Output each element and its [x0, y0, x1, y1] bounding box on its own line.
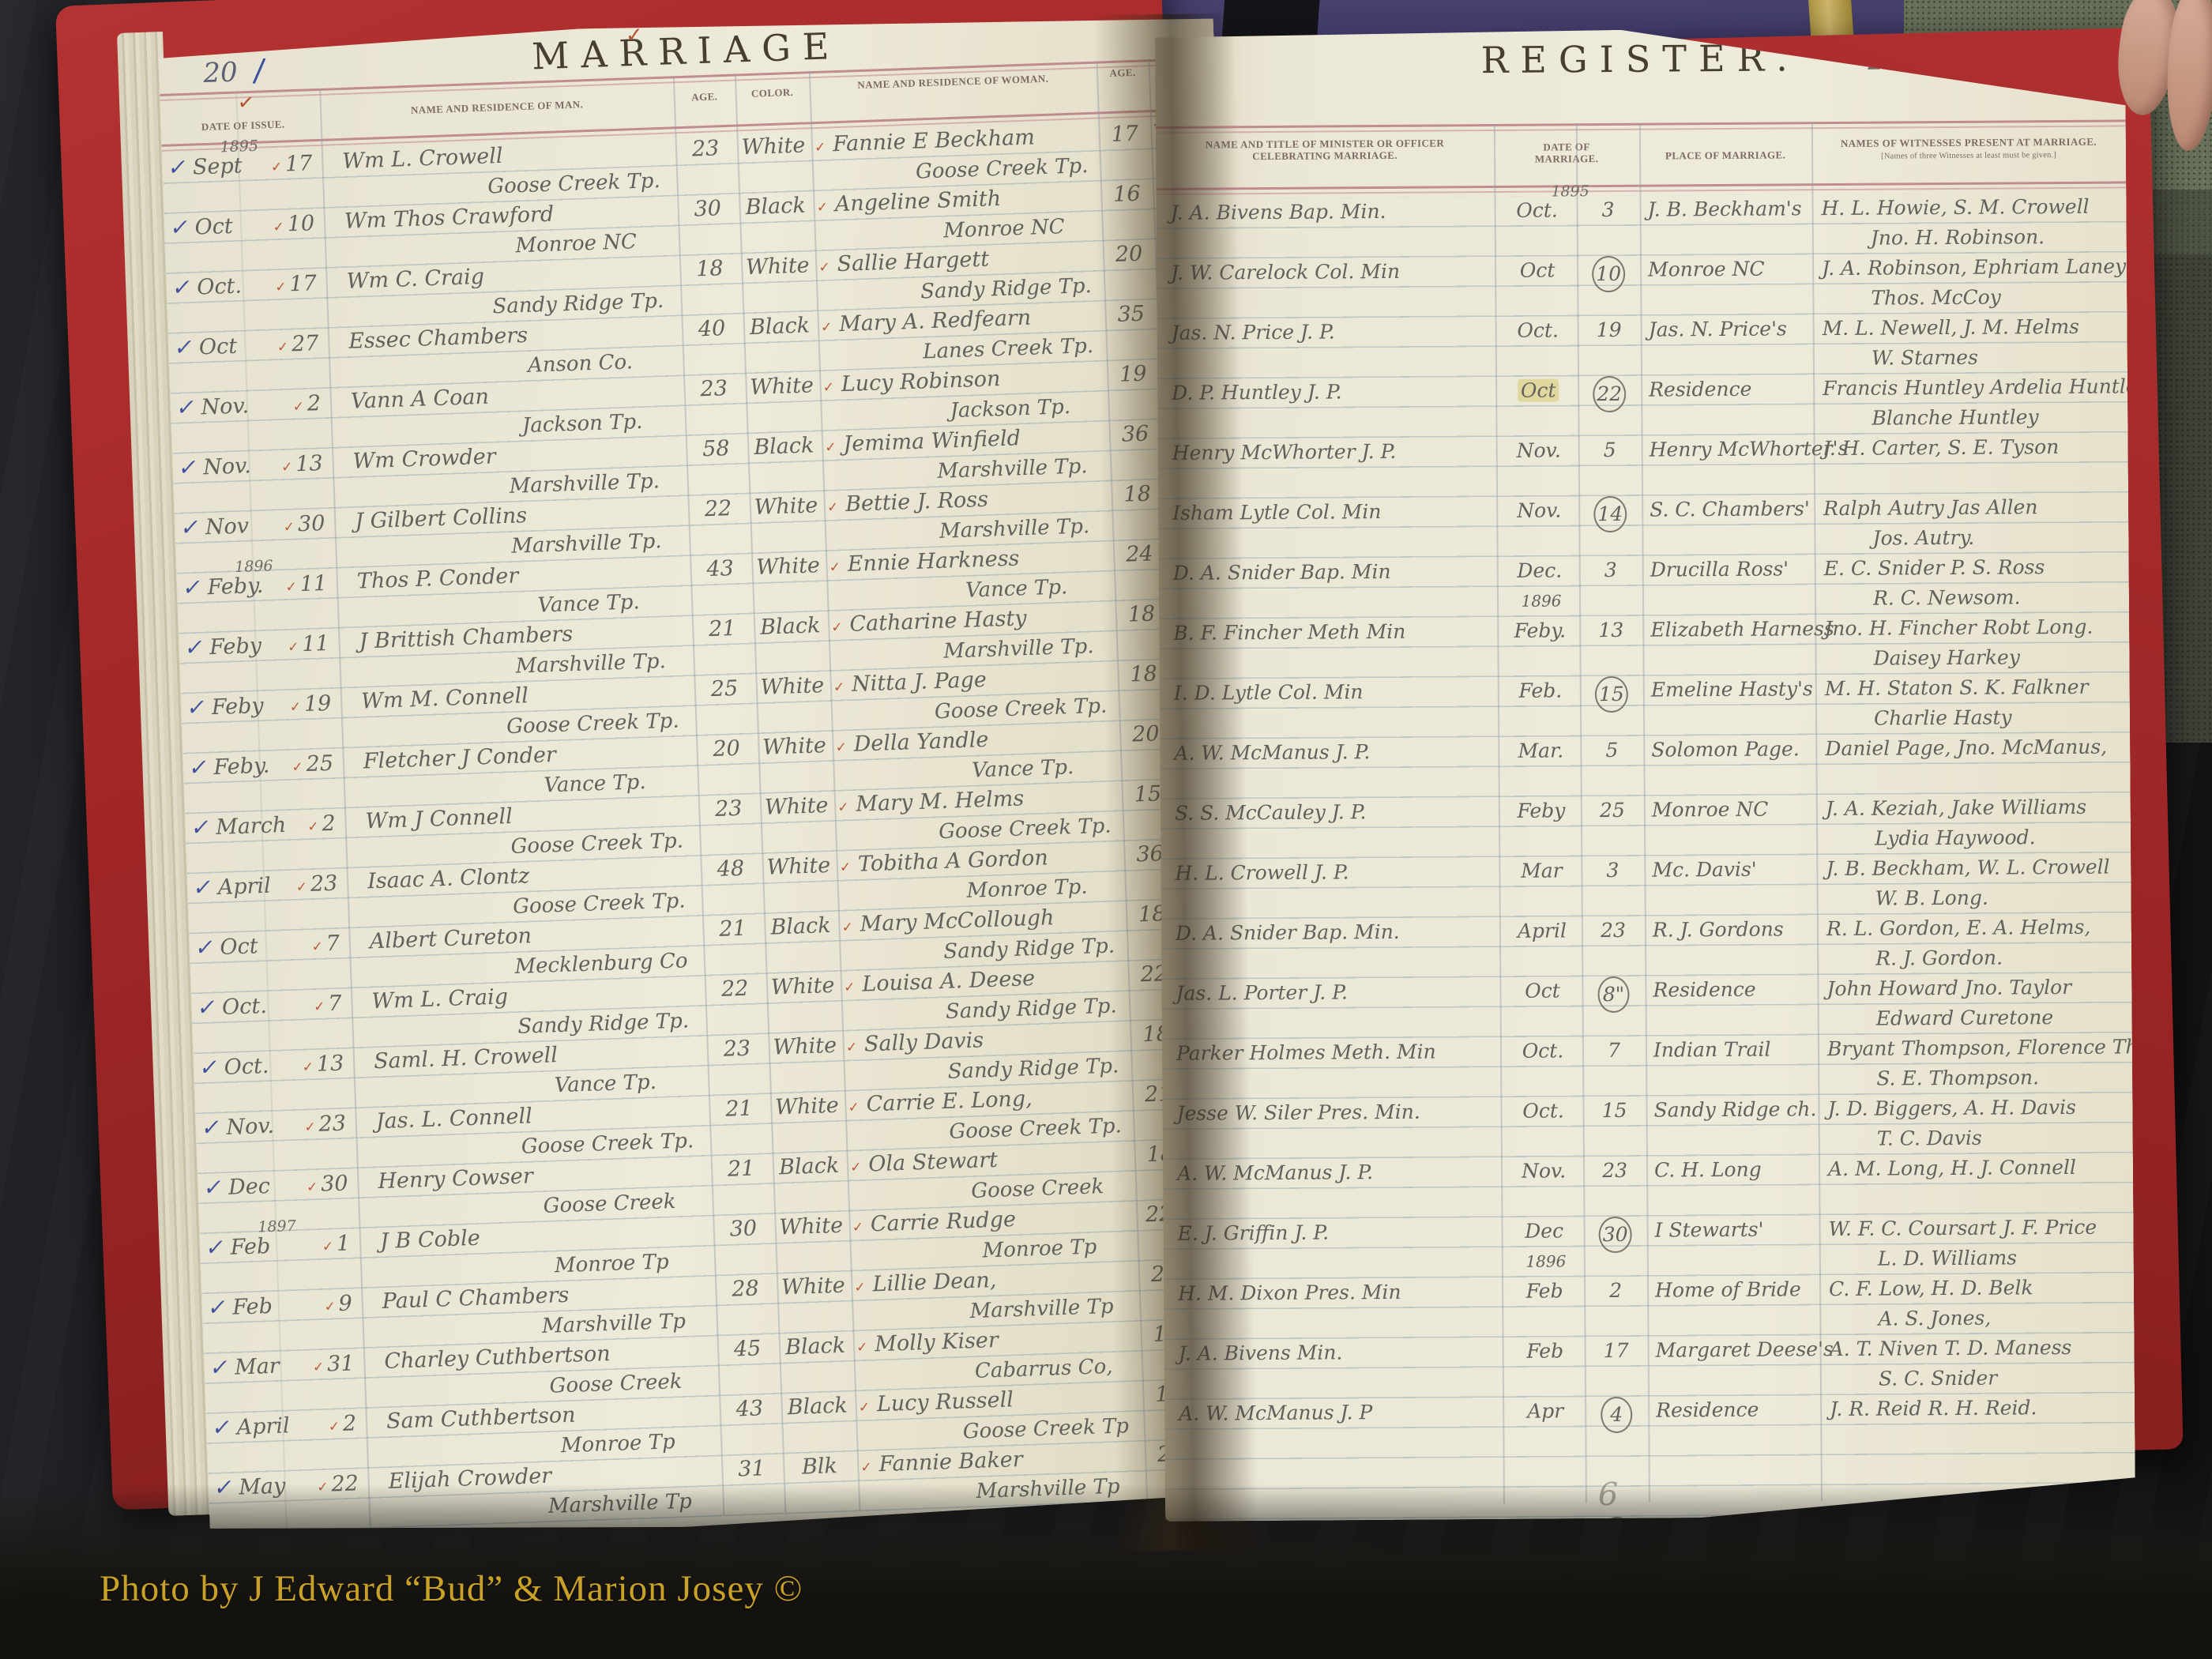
woman-name: Carrie E. Long, [866, 1085, 1033, 1119]
marriage-month: Mar. [1518, 739, 1563, 762]
check-icon: ✓ [194, 933, 217, 962]
check-icon: ✓ [171, 273, 194, 303]
issue-month: Feby. [207, 572, 264, 602]
tick-icon: ✓ [312, 1353, 324, 1382]
witnesses-line2: Edward Curetone [1876, 1003, 2176, 1033]
man-age: 21 [694, 614, 751, 644]
tick-icon: ✓ [848, 1093, 860, 1122]
tick-icon: ✓ [328, 1413, 340, 1441]
right-page: 20 REGISTER. NAME AND TITLE OF MINISTER … [1155, 26, 2135, 1522]
tick-icon: ✓ [845, 1033, 857, 1062]
place-of-marriage: Monroe NC [1652, 795, 1815, 824]
marriage-day: 3 [1604, 559, 1617, 581]
marriage-day-cell [1587, 1457, 1647, 1458]
issue-day: 17 [289, 269, 318, 299]
marriage-day-cell: 13 [1581, 616, 1641, 645]
man-age: 40 [683, 314, 740, 344]
issue-month: Feb [232, 1292, 273, 1322]
witnesses-line1: M. H. Staton S. K. Falkner [1825, 672, 2157, 703]
marriage-month: April [1518, 919, 1567, 942]
table-row: H. L. Crowell J. P.Mar3Mc. Davis'J. B. B… [1161, 852, 2131, 920]
issue-month: Mar [234, 1352, 280, 1382]
issue-day-group: ✓17 [270, 149, 321, 182]
place-of-marriage: Mc. Davis' [1652, 855, 1815, 884]
marriage-month-cell [1508, 1457, 1584, 1458]
witnesses-line2: R. C. Newsom. [1873, 582, 2173, 613]
witnesses-line1: A. M. Long, H. J. Connell [1828, 1153, 2160, 1183]
marriage-month-cell: Oct. [1505, 1036, 1581, 1066]
marriage-month: Feby. [1514, 619, 1566, 641]
marriage-day: 2 [1609, 1279, 1622, 1302]
place-of-marriage: Solomon Page. [1651, 735, 1814, 764]
tick-icon: ✓ [295, 873, 307, 901]
tick-icon: ✓ [311, 932, 323, 961]
table-row: Parker Holmes Meth. MinOct.7Indian Trail… [1162, 1033, 2133, 1100]
marriage-day: 19 [1597, 318, 1622, 341]
issue-day-group: ✓17 [275, 269, 325, 302]
tick-icon: ✓ [844, 973, 856, 1002]
place-of-marriage: Henry McWhorter's [1650, 434, 1812, 464]
place-of-marriage: Sandy Ridge ch. [1653, 1095, 1816, 1124]
table-row: Jas. L. Porter J. P.Oct8"ResidenceJohn H… [1161, 972, 2132, 1040]
tick-icon: ✓ [306, 1173, 318, 1202]
marriage-day-cell: 25 [1582, 796, 1642, 826]
tick-icon: ✓ [854, 1273, 866, 1302]
tick-icon: ✓ [270, 153, 282, 182]
place-of-marriage: Residence [1653, 975, 1815, 1004]
man-color: Blk [784, 1451, 855, 1482]
marriage-month-cell: Mar. [1503, 736, 1578, 766]
marriage-month-cell: Mar [1503, 856, 1579, 886]
tick-icon: ✓ [302, 1053, 314, 1082]
marriage-day-cell: 23 [1585, 1157, 1645, 1186]
witnesses-line1: John Howard Jno. Taylor [1826, 972, 2158, 1003]
issue-day: 30 [321, 1169, 349, 1198]
issue-month: Nov [205, 512, 249, 542]
check-icon: ✓ [183, 633, 207, 662]
witnesses-line2: Blanche Huntley [1872, 402, 2172, 433]
marriage-day: 7 [1608, 1039, 1620, 1062]
man-color: White [768, 972, 838, 1003]
place-of-marriage: Emeline Hasty's [1651, 675, 1814, 704]
marriage-month-cell: Oct [1499, 256, 1575, 285]
witnesses-line1: J. A. Robinson, Ephriam Laney [1822, 252, 2154, 283]
witnesses-line1: Jno. H. Fincher Robt Long. [1824, 612, 2156, 643]
man-color: White [743, 251, 813, 282]
issue-day: 7 [325, 930, 340, 959]
woman-name: Nitta J. Page [851, 666, 987, 699]
tick-icon: ✓ [816, 194, 828, 222]
marriage-month: Dec [1525, 1219, 1563, 1242]
man-color: White [772, 1092, 842, 1123]
witnesses-line2: S. C. Snider [1879, 1363, 2179, 1394]
woman-name: Tobitha A Gordon [857, 844, 1048, 878]
tick-icon: ✓ [275, 273, 287, 302]
marriage-month: Feb [1526, 1339, 1563, 1362]
witnesses-line1: R. L. Gordon, E. A. Helms, [1826, 912, 2158, 943]
tick-icon: ✓ [831, 613, 843, 641]
witnesses-line1: W. F. C. Coursart J. F. Price [1828, 1213, 2160, 1243]
issue-day: 9 [338, 1289, 352, 1319]
marriage-month: Oct [1525, 979, 1560, 1002]
issue-month: Nov. [226, 1112, 275, 1142]
check-icon: ✓ [191, 873, 215, 902]
table-row: Jesse W. Siler Pres. Min.Oct.15Sandy Rid… [1162, 1093, 2133, 1160]
tick-icon: ✓ [858, 1394, 870, 1422]
marriage-month: Apr [1527, 1399, 1563, 1422]
man-age: 30 [714, 1214, 772, 1244]
woman-name: Ola Stewart [868, 1146, 999, 1179]
place-of-marriage: S. C. Chambers' [1650, 495, 1812, 524]
man-age: 48 [702, 854, 759, 884]
tick-icon: ✓ [818, 253, 830, 281]
issue-day: 11 [299, 570, 328, 599]
man-age: 31 [723, 1454, 781, 1484]
man-age: 45 [719, 1334, 777, 1364]
marriage-month: Nov. [1517, 438, 1561, 461]
marriage-month-cell: Oct [1500, 376, 1576, 405]
tick-icon: ✓ [289, 693, 301, 721]
table-row: A. W. McManus J. P.Mar.5Solomon Page.Dan… [1160, 732, 2131, 799]
tick-icon: ✓ [820, 313, 832, 341]
man-color: White [747, 371, 817, 402]
marriage-month: Dec. [1517, 559, 1562, 581]
marriage-month: Oct. [1517, 318, 1559, 341]
issue-month: Feby [209, 632, 262, 662]
check-icon: ✓ [204, 1233, 228, 1262]
witnesses-line2: Jno. H. Robinson. [1871, 222, 2171, 253]
marriage-month-cell: Oct [1504, 976, 1580, 1006]
check-icon: ✓ [208, 1353, 231, 1382]
marriage-month-cell: Dec [1506, 1217, 1582, 1246]
man-age: 18 [681, 254, 739, 284]
woman-name: Jemima Winfield [843, 424, 1021, 459]
issue-day: 2 [322, 810, 336, 839]
witnesses-line1: E. C. Snider P. S. Ross [1824, 552, 2156, 583]
woman-name: Della Yandle [853, 726, 989, 759]
tick-icon: ✓ [837, 793, 849, 822]
marriage-month-cell: Oct. [1500, 316, 1576, 345]
woman-name: Mary A. Redfearn [839, 304, 1032, 339]
place-of-marriage: Monroe NC [1648, 254, 1811, 284]
woman-name: Catharine Hasty [849, 604, 1027, 639]
woman-name: Sally Davis [863, 1026, 984, 1059]
tick-icon: ✓ [292, 753, 303, 781]
place-of-marriage: R. J. Gordons [1653, 915, 1815, 944]
man-age: 23 [685, 374, 743, 404]
table-row: J. A. Bivens Min.Feb17Margaret Deese'sA.… [1164, 1333, 2135, 1400]
issue-day-group: ✓11 [287, 630, 337, 662]
man-age: 58 [687, 434, 745, 464]
marriage-day: 3 [1602, 198, 1615, 221]
woman-name: Mary McCollough [860, 904, 1055, 939]
witnesses-line1: Ralph Autry Jas Allen [1823, 492, 2155, 523]
marriage-day: 13 [1598, 619, 1623, 641]
table-row: J. W. Carelock Col. MinOct10Monroe NCJ. … [1157, 252, 2127, 319]
woman-name: Bettie J. Ross [845, 486, 989, 519]
issue-day: 25 [306, 750, 334, 779]
tick-icon: ✓ [276, 333, 288, 361]
check-icon: ✓ [177, 453, 201, 482]
witnesses-line1: Bryant Thompson, Florence Thompson [1827, 1033, 2159, 1063]
tick-icon: ✓ [814, 134, 826, 162]
issue-day-group: ✓1 [322, 1229, 359, 1262]
issue-day: 30 [297, 510, 325, 539]
issue-day-group: ✓2 [307, 809, 344, 841]
woman-name: Lucy Robinson [841, 365, 1001, 399]
tick-icon: ✓ [285, 573, 297, 601]
check-icon: ✓ [200, 1113, 224, 1142]
issue-day: 13 [316, 1050, 344, 1079]
man-age: 23 [708, 1034, 766, 1064]
tick-icon: ✓ [826, 493, 838, 521]
woman-name: Mary M. Helms [856, 784, 1025, 818]
table-row: Jas. N. Price J. P.Oct.19Jas. N. Price's… [1157, 312, 2128, 379]
check-icon: ✓ [181, 573, 205, 602]
tick-icon: ✓ [839, 853, 851, 882]
issue-day: 27 [291, 329, 319, 359]
tick-icon: ✓ [314, 992, 325, 1021]
tick-icon: ✓ [829, 553, 841, 581]
issue-day-group: ✓30 [283, 510, 333, 542]
marriage-day-cell: 7 [1584, 1036, 1644, 1066]
marriage-month-cell: Feby [1503, 796, 1579, 826]
woman-name: Sallie Hargett [837, 245, 990, 279]
marriage-day-cell: 2 [1586, 1277, 1646, 1306]
witnesses-line2: Charlie Hasty [1874, 702, 2174, 733]
witnesses-line2: Thos. McCoy [1871, 282, 2171, 313]
marriage-month-cell: Dec. [1502, 556, 1578, 585]
marriage-month-cell: Nov. [1506, 1157, 1582, 1186]
place-of-marriage: Jas. N. Price's [1649, 314, 1811, 344]
tick-icon: ✓ [841, 913, 853, 942]
check-icon: ✓ [195, 993, 219, 1022]
man-color: White [753, 551, 823, 582]
witnesses-line1: Francis Huntley Ardelia Huntley [1823, 372, 2154, 403]
marriage-month-cell: 1895Oct. [1499, 196, 1574, 225]
photo-scene: 20 ∕ ✓ MARRIAGE ✓ DATE OF ISSUE. NAME AN… [0, 0, 2212, 1659]
place-of-marriage: Margaret Deese's [1656, 1335, 1819, 1364]
tick-icon: ✓ [288, 633, 299, 661]
marriage-day-cell: 5 [1582, 736, 1642, 766]
issue-day: 11 [302, 630, 330, 659]
issue-month: Oct. [221, 992, 267, 1022]
place-of-marriage: Elizabeth Harness [1650, 615, 1813, 644]
check-icon: ✓ [185, 693, 209, 722]
man-color: Black [740, 191, 811, 222]
issue-month: Oct [194, 213, 233, 243]
marriage-month-cell: Feb [1507, 1277, 1582, 1306]
man-age: 28 [717, 1274, 774, 1304]
issue-month: Nov. [201, 392, 250, 422]
issue-month: Feby. [213, 752, 270, 782]
table-row: D. A. Snider Bap. Min.April23R. J. Gordo… [1161, 912, 2132, 980]
table-row: D. P. Huntley J. P.Oct22ResidenceFrancis… [1157, 372, 2128, 439]
marriage-month: Feby [1517, 799, 1565, 822]
woman-name: Fannie E Beckham [833, 123, 1036, 159]
man-color: White [750, 491, 821, 522]
place-of-marriage: Residence [1656, 1395, 1819, 1424]
issue-day-group: ✓25 [292, 749, 342, 781]
tick-icon: ✓ [324, 1292, 336, 1321]
table-row: D. A. Snider Bap. MinDec.3Drucilla Ross'… [1159, 552, 2130, 619]
issue-day: 23 [318, 1110, 347, 1139]
woman-name: Angeline Smith [834, 185, 1001, 219]
issue-day: 7 [328, 990, 342, 1019]
marriage-month: Feb. [1518, 679, 1562, 702]
man-color: Black [774, 1152, 845, 1183]
tick-icon: ✓ [292, 393, 304, 421]
marriage-month-cell: Feb. [1503, 676, 1578, 705]
man-color: Black [782, 1391, 852, 1422]
place-of-marriage: Drucilla Ross' [1650, 555, 1813, 584]
issue-day-group: ✓11 [285, 570, 336, 602]
check-icon: ✓ [197, 1053, 221, 1082]
marriage-month-cell: Apr [1507, 1397, 1583, 1426]
right-entries: J. A. Bivens Bap. Min.1895Oct.3J. B. Bec… [1156, 192, 2135, 1526]
marriage-month-cell: Oct. [1505, 1097, 1581, 1126]
table-row: H. M. Dixon Pres. MinFeb2Home of BrideC.… [1164, 1273, 2135, 1340]
issue-day: 13 [295, 450, 324, 479]
issue-month: Feby [211, 692, 264, 722]
issue-month: Oct. [224, 1052, 269, 1082]
woman-name: Louisa A. Deese [862, 965, 1036, 999]
issue-day: 17 [284, 149, 313, 179]
table-row: A. W. McManus J. PApr4ResidenceJ. R. Rei… [1164, 1393, 2135, 1460]
witnesses-line2: A. S. Jones, [1878, 1303, 2178, 1334]
man-color: White [759, 732, 829, 762]
marriage-month: Oct [1518, 378, 1559, 401]
issue-day-group: ✓2 [292, 389, 329, 422]
man-color: Black [780, 1331, 850, 1362]
man-color: Black [749, 431, 819, 462]
table-row: A. W. McManus J. P.Nov.23C. H. LongA. M.… [1163, 1153, 2134, 1220]
table-row: B. F. Fincher Meth MinFeby.13Elizabeth H… [1159, 612, 2130, 679]
witnesses-line1: J. B. Beckham, W. L. Crowell [1826, 852, 2157, 883]
issue-day-group: ✓23 [295, 869, 346, 901]
tick-icon: ✓ [322, 1232, 333, 1261]
marriage-day-cell: 3 [1578, 196, 1638, 225]
issue-day-group: ✓19 [289, 690, 340, 722]
place-of-marriage: Indian Trail [1653, 1035, 1816, 1064]
woman-name: Lillie Dean, [872, 1266, 997, 1299]
witnesses-line2: Daisey Harkey [1873, 642, 2173, 673]
tick-icon: ✓ [822, 373, 834, 401]
marriage-day-cell: 3 [1581, 556, 1641, 585]
tick-icon: ✓ [835, 733, 847, 762]
man-color: Black [744, 311, 814, 342]
man-color: Black [755, 611, 826, 642]
marriage-month: Feb [1526, 1279, 1563, 1302]
witnesses-line1: M. L. Newell, J. M. Helms [1823, 312, 2154, 343]
marriage-month: Oct. [1516, 198, 1558, 221]
marriage-day: 15 [1602, 1099, 1627, 1122]
tick-icon: ✓ [833, 673, 845, 702]
tick-icon: ✓ [850, 1153, 862, 1182]
issue-day: 1 [336, 1229, 350, 1258]
woman-name: Ennie Harkness [847, 544, 1020, 579]
table-row: I. D. Lytle Col. MinFeb.15Emeline Hasty'… [1160, 672, 2131, 739]
table-row: Isham Lytle Col. MinNov.14S. C. Chambers… [1158, 492, 2129, 559]
marriage-day: 3 [1606, 859, 1619, 882]
year-note: 1896 [235, 559, 273, 575]
man-age: 43 [691, 554, 749, 584]
issue-day-group: ✓13 [302, 1049, 352, 1082]
marriage-day: 23 [1601, 919, 1626, 942]
marriage-day: 5 [1605, 739, 1618, 762]
man-color: White [776, 1212, 846, 1243]
table-row: Henry McWhorter J. P.Nov.5Henry McWhorte… [1158, 432, 2129, 499]
man-color: White [763, 852, 833, 882]
issue-month: Oct [198, 333, 237, 363]
issue-day-group: ✓7 [314, 989, 351, 1021]
marriage-day-cell: 23 [1583, 916, 1643, 946]
man-age: 23 [676, 134, 734, 164]
check-icon: ✓ [172, 333, 196, 363]
place-of-marriage: C. H. Long [1654, 1155, 1817, 1184]
photo-credit-watermark: Photo by J Edward “Bud” & Marion Josey © [100, 1567, 803, 1610]
issue-day: 2 [342, 1409, 356, 1439]
issue-day-group: ✓9 [324, 1289, 361, 1322]
tick-icon: ✓ [281, 453, 293, 481]
woman-name: Fannie Baker [878, 1446, 1023, 1479]
witnesses-line1: Daniel Page, Jno. McManus, [1825, 732, 2157, 763]
witnesses-line2: S. E. Thompson. [1876, 1063, 2176, 1093]
check-icon: ✓ [179, 513, 202, 542]
marriage-month: Oct. [1522, 1039, 1564, 1062]
table-row: J. A. Bivens Bap. Min.1895Oct.3J. B. Bec… [1156, 192, 2127, 259]
issue-month: Feb [230, 1232, 271, 1262]
place-of-marriage: Residence [1649, 374, 1811, 404]
marriage-month: Mar [1521, 859, 1563, 882]
witnesses-line1: C. F. Low, H. D. Belk [1829, 1273, 2161, 1303]
place-of-marriage: I Stewarts' [1654, 1215, 1817, 1244]
issue-month: Oct [220, 932, 258, 962]
issue-month: Dec [228, 1172, 270, 1202]
marriage-month-cell: Nov. [1501, 496, 1577, 525]
issue-day: 31 [327, 1349, 355, 1379]
witnesses-line2: W. B. Long. [1875, 882, 2176, 913]
year-note: 1897 [258, 1219, 296, 1236]
issue-day-group: ✓13 [280, 450, 331, 482]
witnesses-line2: T. C. Davis [1877, 1123, 2177, 1153]
year-note: 1895 [220, 139, 258, 156]
issue-day-group: ✓7 [311, 929, 348, 961]
man-age: 30 [679, 194, 736, 224]
man-age: 23 [700, 794, 758, 824]
witnesses-line2: Lydia Haywood. [1875, 822, 2175, 853]
issue-month: April [236, 1412, 290, 1442]
man-color: White [769, 1032, 840, 1063]
marriage-day-cell: 5 [1580, 436, 1640, 465]
man-age: 43 [720, 1394, 778, 1424]
tick-icon: ✓ [856, 1334, 868, 1362]
table-row: S. S. McCauley J. P.Feby25Monroe NCJ. A.… [1161, 792, 2131, 860]
issue-day-group: ✓27 [276, 329, 327, 362]
marriage-day: 5 [1604, 438, 1616, 461]
witnesses-line2: W. Starnes [1872, 342, 2172, 373]
marriage-month-cell: Feby. [1502, 616, 1578, 645]
man-color: White [778, 1271, 848, 1302]
check-icon: ✓ [206, 1293, 230, 1322]
check-icon: ✓ [210, 1413, 234, 1443]
check-icon: ✓ [201, 1173, 225, 1202]
check-icon: ✓ [166, 153, 190, 182]
issue-day-group: ✓30 [306, 1169, 356, 1202]
marriage-day-cell: 3 [1582, 856, 1642, 886]
man-age: 21 [704, 914, 762, 944]
man-age: 21 [713, 1154, 770, 1184]
